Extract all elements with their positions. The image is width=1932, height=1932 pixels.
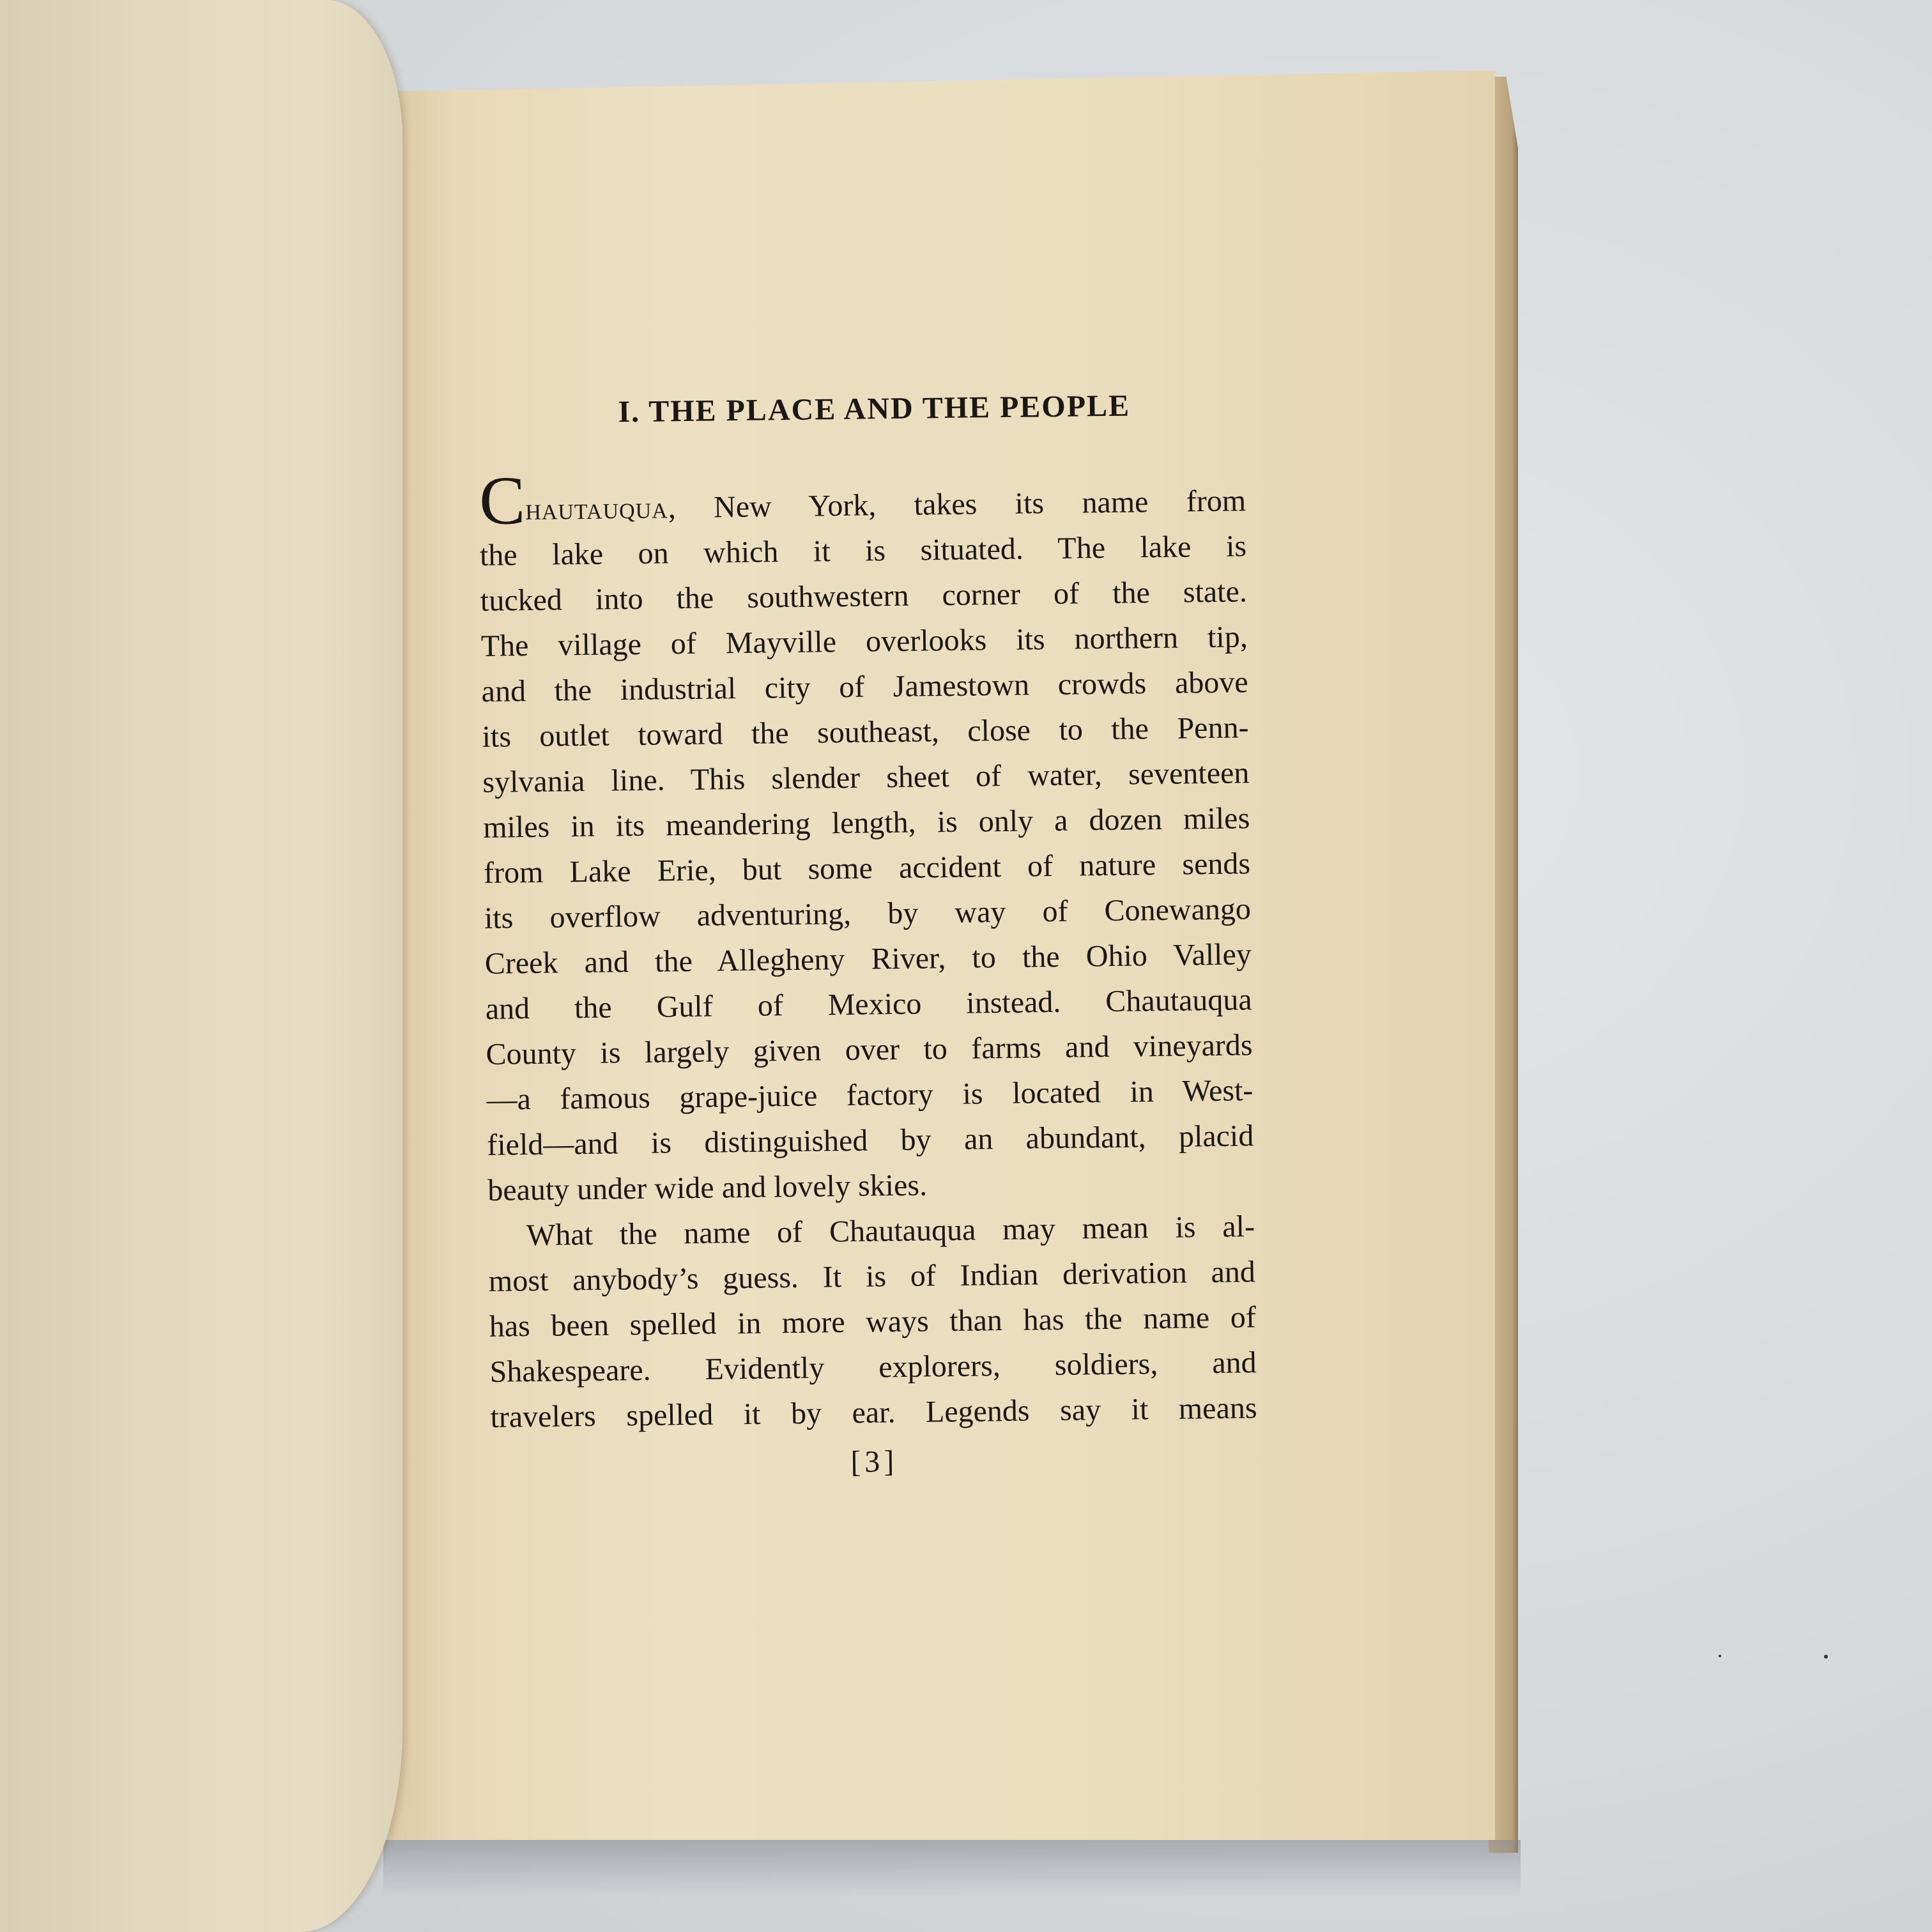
text-line: field—and is distinguished by an abundan… [487, 1113, 1254, 1168]
left-page-curled [0, 0, 402, 1932]
page-text-block: I. THE PLACE AND THE PEOPLE Chautauqua, … [478, 387, 1258, 1484]
line-text: , New York, takes its name from [668, 484, 1246, 525]
first-word-smallcaps: hautauqua [525, 491, 668, 526]
page-shadow [383, 1840, 1521, 1897]
dust-speck [1824, 1655, 1828, 1659]
drop-cap: C [479, 463, 525, 539]
paragraph-2: What the name of Chautauqua may mean is … [488, 1204, 1257, 1440]
text-line: travelers spelled it by ear. Legends say… [490, 1385, 1257, 1440]
paragraph-1: Chautauqua, New York, takes its name fro… [479, 473, 1255, 1213]
dust-speck [1719, 1655, 1721, 1657]
text-line: Chautauqua, New York, takes its name fro… [479, 473, 1246, 533]
